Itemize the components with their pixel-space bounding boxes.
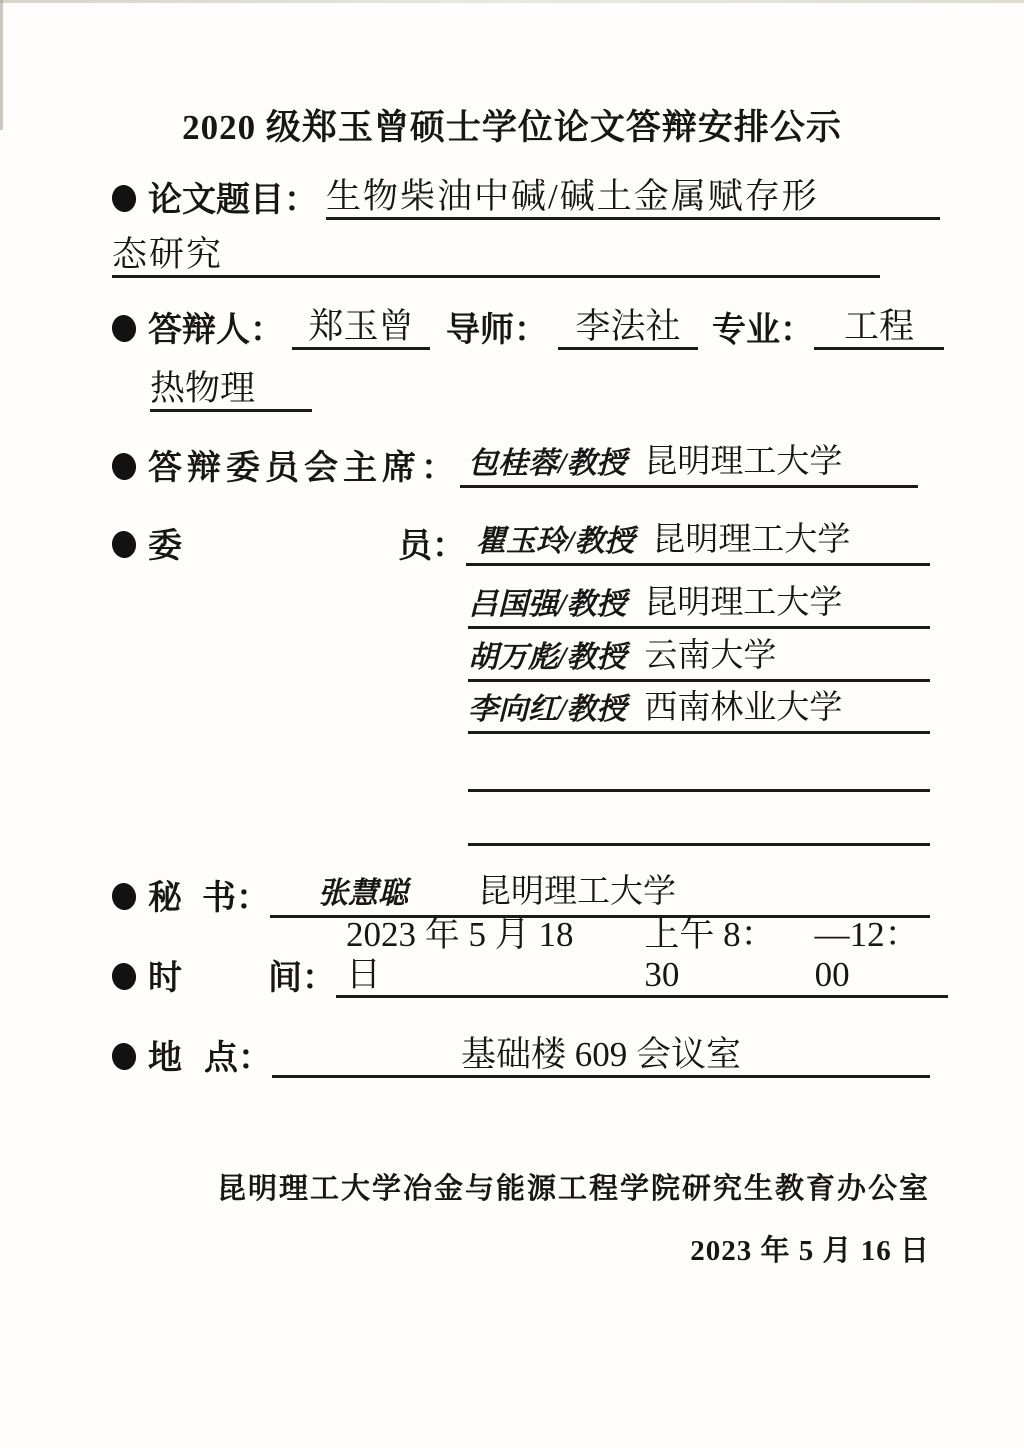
bullet-icon bbox=[110, 529, 138, 559]
bullet-icon bbox=[110, 183, 138, 213]
committee-member-affiliation: 昆明理工大学 bbox=[652, 522, 850, 560]
committee-member-affiliation: 西南林业大学 bbox=[644, 690, 842, 728]
major-label: 专业： bbox=[712, 312, 814, 350]
committee-member-affiliation: 云南大学 bbox=[644, 638, 776, 676]
thesis-title-row-continued: 态研究 bbox=[112, 224, 880, 278]
committee-member-affiliation: 昆明理工大学 bbox=[644, 585, 842, 623]
committee-member-name: 瞿玉玲/教授 bbox=[476, 524, 634, 560]
chair-affiliation: 昆明理工大学 bbox=[644, 444, 842, 482]
location-label-left: 地 bbox=[148, 1040, 182, 1078]
committee-row: 委 员： 瞿玉玲/教授 昆明理工大学 bbox=[112, 510, 930, 566]
committee-label-left: 委 bbox=[148, 528, 182, 566]
empty-member-line bbox=[468, 843, 930, 846]
chair-name: 包桂蓉/教授 bbox=[468, 446, 626, 482]
committee-member-3: 胡万彪/教授 云南大学 bbox=[468, 638, 930, 682]
committee-member-name: 吕国强/教授 bbox=[468, 587, 626, 623]
time-label: 时 间： bbox=[148, 960, 336, 998]
committee-member-4: 李向红/教授 西南林业大学 bbox=[468, 690, 930, 734]
chair-value: 包桂蓉/教授 昆明理工大学 bbox=[460, 444, 918, 488]
defender-row-continued: 热物理 bbox=[150, 358, 312, 412]
page-title: 2020 级郑玉曾硕士学位论文答辩安排公示 bbox=[0, 100, 1024, 150]
location-row: 地 点： 基础楼 609 会议室 bbox=[112, 1022, 930, 1078]
advisor-name: 李法社 bbox=[558, 307, 698, 350]
time-start: 上午 8：30 bbox=[644, 915, 802, 996]
time-value: 2023 年 5 月 18 日 上午 8：30 —12：00 bbox=[336, 915, 948, 999]
thesis-title-line2: 态研究 bbox=[112, 235, 880, 278]
committee-member-name: 李向红/教授 bbox=[468, 692, 626, 728]
scan-artifact-top bbox=[0, 0, 1024, 3]
location-label: 地 点： bbox=[148, 1040, 272, 1078]
major-value-line1: 工程 bbox=[814, 307, 944, 350]
chair-row: 答辩委员会主席： 包桂蓉/教授 昆明理工大学 bbox=[112, 432, 918, 488]
time-end: —12：00 bbox=[815, 915, 948, 996]
thesis-title-line1: 生物柴油中碱/碱土金属赋存形 bbox=[326, 177, 940, 220]
secretary-name: 张慧聪 bbox=[318, 876, 408, 912]
defender-name: 郑玉曾 bbox=[292, 307, 430, 350]
thesis-title-row: 论文题目： 生物柴油中碱/碱土金属赋存形 bbox=[112, 164, 940, 220]
announcement-page: 2020 级郑玉曾硕士学位论文答辩安排公示 论文题目： 生物柴油中碱/碱土金属赋… bbox=[0, 0, 1024, 1448]
committee-member-2: 吕国强/教授 昆明理工大学 bbox=[468, 585, 930, 629]
major-value-line2: 热物理 bbox=[150, 369, 312, 412]
time-date: 2023 年 5 月 18 日 bbox=[346, 915, 604, 996]
committee-label-right: 员： bbox=[398, 528, 466, 566]
time-label-right: 间： bbox=[268, 960, 336, 998]
committee-member-1: 瞿玉玲/教授 昆明理工大学 bbox=[466, 522, 930, 566]
secretary-value: 张慧聪 昆明理工大学 bbox=[270, 874, 930, 918]
advisor-label: 导师： bbox=[446, 312, 548, 350]
footer-office: 昆明理工大学冶金与能源工程学院研究生教育办公室 bbox=[217, 1166, 930, 1207]
bullet-icon bbox=[110, 1041, 138, 1071]
bullet-icon bbox=[110, 961, 138, 991]
secretary-label-right: 书： bbox=[202, 880, 270, 918]
empty-member-line bbox=[468, 789, 930, 792]
bullet-icon bbox=[110, 881, 138, 911]
bullet-icon bbox=[110, 313, 138, 343]
committee-member-name: 胡万彪/教授 bbox=[468, 640, 626, 676]
time-row: 时 间： 2023 年 5 月 18 日 上午 8：30 —12：00 bbox=[112, 942, 948, 998]
time-label-left: 时 bbox=[148, 960, 182, 998]
location-value: 基础楼 609 会议室 bbox=[272, 1035, 930, 1078]
secretary-label-left: 秘 bbox=[148, 880, 182, 918]
committee-label: 委 员： bbox=[148, 528, 466, 566]
bullet-icon bbox=[110, 451, 138, 481]
footer-date: 2023 年 5 月 16 日 bbox=[690, 1228, 930, 1269]
chair-label: 答辩委员会主席： bbox=[148, 450, 460, 488]
thesis-title-label: 论文题目： bbox=[148, 182, 318, 220]
defender-row: 答辩人： 郑玉曾 导师： 李法社 专业： 工程 bbox=[112, 296, 944, 350]
defender-label: 答辩人： bbox=[148, 312, 284, 350]
secretary-row: 秘 书： 张慧聪 昆明理工大学 bbox=[112, 862, 930, 918]
secretary-affiliation: 昆明理工大学 bbox=[478, 874, 676, 912]
secretary-label: 秘 书： bbox=[148, 880, 270, 918]
location-label-right: 点： bbox=[204, 1040, 272, 1078]
